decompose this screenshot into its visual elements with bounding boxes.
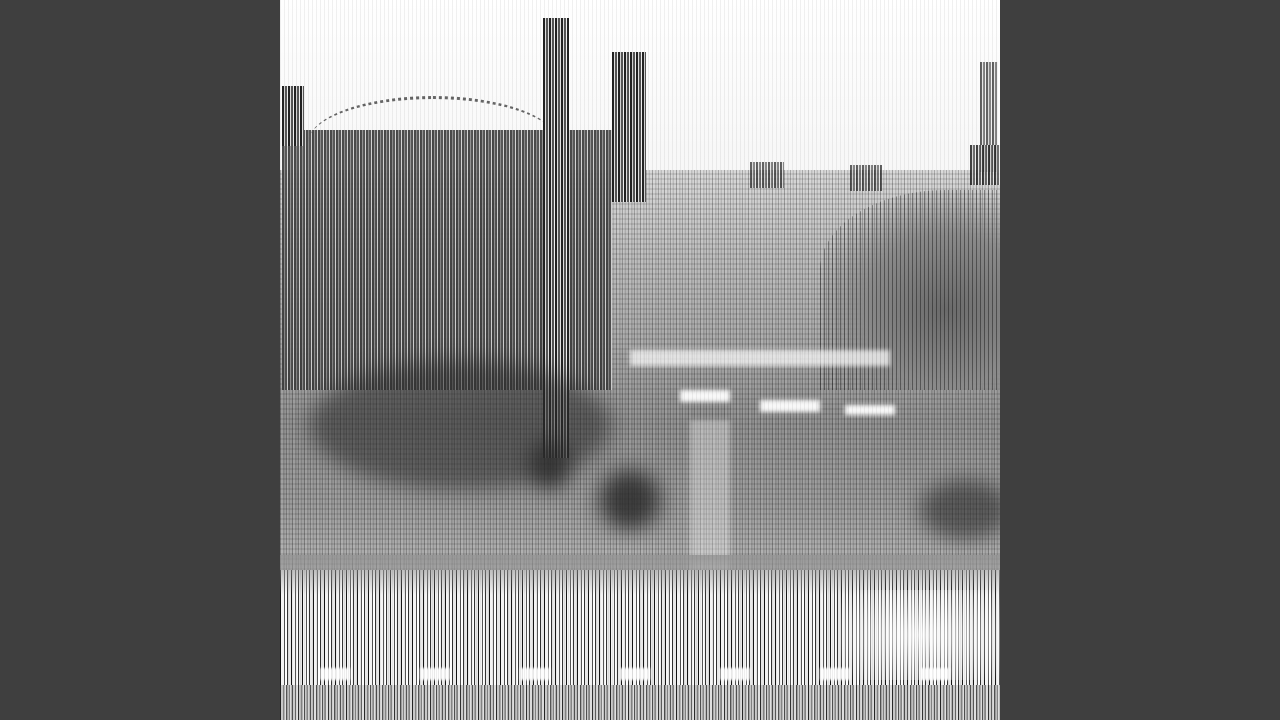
chimney [282, 86, 304, 146]
water-highlight [760, 400, 820, 412]
distant-tower [970, 145, 1000, 185]
dark-reflection [600, 470, 660, 530]
glitch-fade [280, 555, 1000, 595]
chimney [612, 52, 646, 202]
foreground-streaks [280, 685, 1000, 720]
album-artwork [280, 0, 1000, 720]
water-highlight [845, 405, 895, 415]
water-highlight [680, 390, 730, 402]
water-highlight [630, 350, 890, 366]
distant-tower [850, 165, 882, 191]
video-frame [0, 0, 1280, 720]
bright-patch [840, 590, 1000, 680]
dark-reflection [530, 440, 570, 490]
light-dashes [280, 668, 1000, 680]
water-highlight [690, 420, 730, 570]
dark-reflection [920, 480, 1000, 540]
distant-tower [750, 162, 784, 188]
